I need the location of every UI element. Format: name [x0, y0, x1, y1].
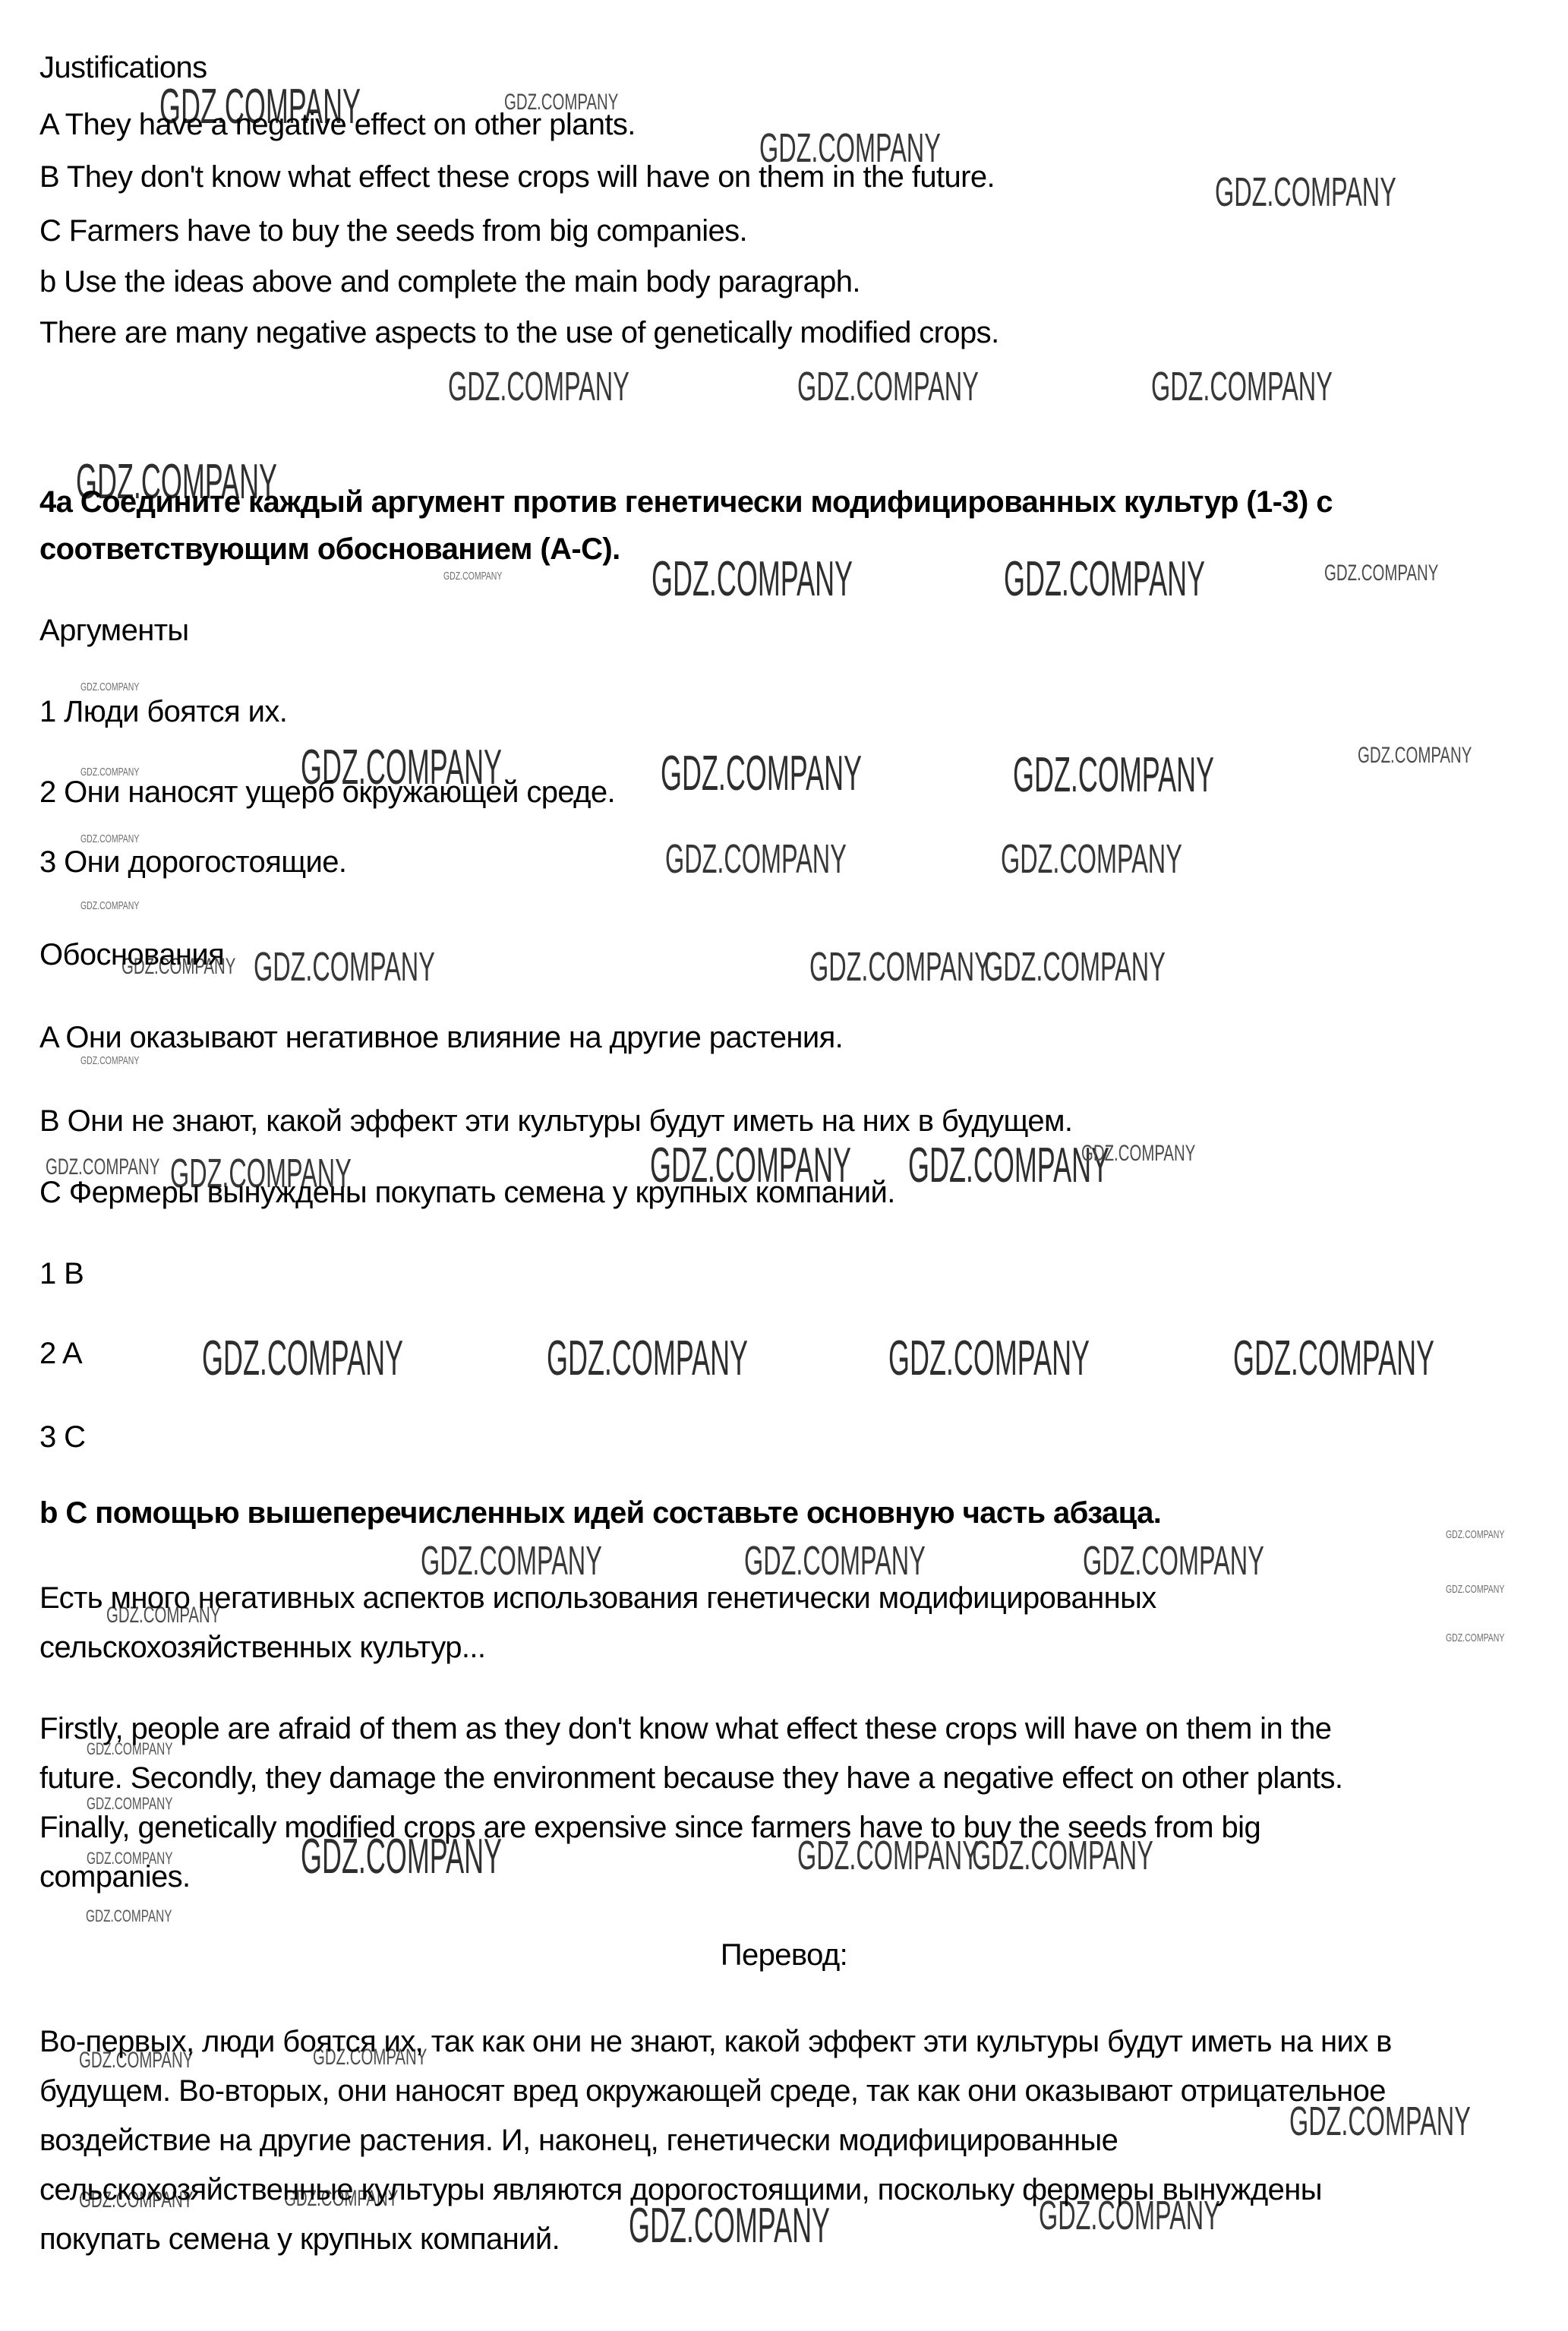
argument-item-1: 1 Люди боятся их.	[39, 694, 287, 729]
watermark: GDZ.COMPANY	[86, 1906, 172, 1926]
watermark: GDZ.COMPANY	[809, 943, 991, 990]
argument-item-3: 3 Они дорогостоящие.	[39, 845, 346, 880]
essay-ru-intro: Есть много негативных аспектов использов…	[39, 1574, 1156, 1672]
watermark: GDZ.COMPANY	[665, 835, 847, 883]
justification-ru-item-a: A Они оказывают негативное влияние на др…	[39, 1020, 843, 1055]
justifications-ru-title: Обоснования	[39, 937, 224, 972]
arguments-title: Аргументы	[39, 613, 189, 648]
task-b-ru-heading: b С помощью вышеперечисленных идей соста…	[39, 1496, 1161, 1530]
watermark: GDZ.COMPANY	[80, 899, 139, 912]
watermark: GDZ.COMPANY	[1358, 743, 1472, 769]
justification-ru-item-b: B Они не знают, какой эффект эти культур…	[39, 1104, 1072, 1139]
watermark: GDZ.COMPANY	[254, 943, 435, 990]
watermark: GDZ.COMPANY	[1446, 1528, 1504, 1541]
translation-ru-paragraph: Во-первых, люди боятся их, так как они н…	[39, 2017, 1392, 2264]
watermark: GDZ.COMPANY	[1081, 1141, 1195, 1167]
watermark: GDZ.COMPANY	[908, 1138, 1109, 1194]
justification-ru-item-c: C Фермеры вынуждены покупать семена у кр…	[39, 1175, 895, 1210]
watermark: GDZ.COMPANY	[1446, 1631, 1504, 1644]
justifications-title: Justifications	[39, 50, 207, 85]
answer-1: 1 B	[39, 1256, 84, 1291]
justification-item-b: B They don't know what effect these crop…	[39, 160, 995, 194]
watermark: GDZ.COMPANY	[984, 943, 1166, 990]
watermark: GDZ.COMPANY	[547, 1331, 748, 1387]
watermark: GDZ.COMPANY	[1324, 561, 1438, 586]
watermark: GDZ.COMPANY	[80, 1054, 139, 1067]
essay-en-paragraph: Firstly, people are afraid of them as th…	[39, 1704, 1342, 1902]
watermark: GDZ.COMPANY	[1233, 1331, 1434, 1387]
watermark: GDZ.COMPANY	[1001, 835, 1182, 883]
justification-item-c: C Farmers have to buy the seeds from big…	[39, 213, 747, 248]
watermark: GDZ.COMPANY	[80, 832, 139, 845]
task-4a-heading: 4a Соедините каждый аргумент против гене…	[39, 479, 1333, 573]
watermark: GDZ.COMPANY	[1013, 747, 1214, 804]
task-b-en: b Use the ideas above and complete the m…	[39, 264, 860, 299]
answer-2: 2 A	[39, 1336, 82, 1371]
answer-3: 3 C	[39, 1420, 85, 1455]
watermark: GDZ.COMPANY	[1151, 363, 1333, 410]
watermark: GDZ.COMPANY	[1446, 1583, 1504, 1596]
watermark: GDZ.COMPANY	[797, 363, 979, 410]
watermark: GDZ.COMPANY	[888, 1331, 1090, 1387]
watermark: GDZ.COMPANY	[661, 746, 862, 802]
translation-title: Перевод:	[0, 1938, 1568, 1973]
watermark: GDZ.COMPANY	[448, 363, 629, 410]
document-page: GDZ.COMPANYGDZ.COMPANYGDZ.COMPANYGDZ.COM…	[0, 0, 1568, 2331]
intro-sentence-en: There are many negative aspects to the u…	[39, 315, 999, 350]
watermark: GDZ.COMPANY	[1215, 169, 1396, 216]
justification-item-a: A They have a negative effect on other p…	[39, 107, 636, 142]
argument-item-2: 2 Они наносят ущерб окружающей среде.	[39, 775, 615, 810]
watermark: GDZ.COMPANY	[80, 681, 139, 693]
watermark: GDZ.COMPANY	[202, 1331, 403, 1387]
